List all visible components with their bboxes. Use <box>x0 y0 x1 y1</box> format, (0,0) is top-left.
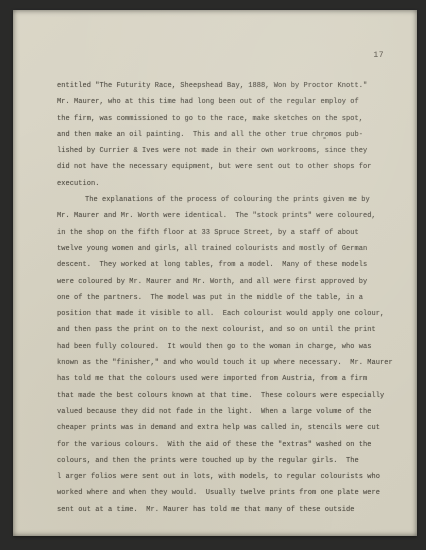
text-line: had been fully coloured. It would then g… <box>57 339 401 355</box>
text-line: execution. <box>57 176 401 192</box>
text-line: in the shop on the fifth floor at 33 Spr… <box>57 225 401 241</box>
text-line: descent. They worked at long tables, fro… <box>57 257 401 273</box>
text-line: has told me that the colours used were i… <box>57 371 401 387</box>
text-line: and then pass the print on to the next c… <box>57 322 401 338</box>
text-line: were coloured by Mr. Maurer and Mr. Wort… <box>57 274 401 290</box>
text-line-paragraph-start: The explanations of the process of colou… <box>57 192 401 208</box>
text-line: Mr. Maurer and Mr. Worth were identical.… <box>57 208 401 224</box>
text-line: entitled "The Futurity Race, Sheepshead … <box>57 78 401 94</box>
text-line: cheaper prints was in demand and extra h… <box>57 420 401 436</box>
scan-background: 17 entitled "The Futurity Race, Sheepshe… <box>0 0 426 550</box>
text-line: did not have the necessary equipment, bu… <box>57 159 401 175</box>
text-line: colours, and then the prints were touche… <box>57 453 401 469</box>
text-line: Mr. Maurer, who at this time had long be… <box>57 94 401 110</box>
page-text: entitled "The Futurity Race, Sheepshead … <box>57 78 401 518</box>
page-number: 17 <box>373 51 384 60</box>
text-line: for the various colours. With the aid of… <box>57 437 401 453</box>
text-line: worked where and when they would. Usuall… <box>57 485 401 501</box>
text-line: twelve young women and girls, all traine… <box>57 241 401 257</box>
text-line: and then make an oil painting. This and … <box>57 127 401 143</box>
text-line: sent out at a time. Mr. Maurer has told … <box>57 502 401 518</box>
document-page: 17 entitled "The Futurity Race, Sheepshe… <box>13 10 417 536</box>
text-line: the firm, was commissioned to go to the … <box>57 111 401 127</box>
text-line: that made the best colours known at that… <box>57 388 401 404</box>
text-line: l arger folios were sent out in lots, wi… <box>57 469 401 485</box>
text-line: known as the "finisher," and who would t… <box>57 355 401 371</box>
text-line: position that made it visible to all. Ea… <box>57 306 401 322</box>
text-line: one of the partners. The model was put i… <box>57 290 401 306</box>
text-line: lished by Currier & Ives were not made i… <box>57 143 401 159</box>
text-line: valued because they did not fade in the … <box>57 404 401 420</box>
